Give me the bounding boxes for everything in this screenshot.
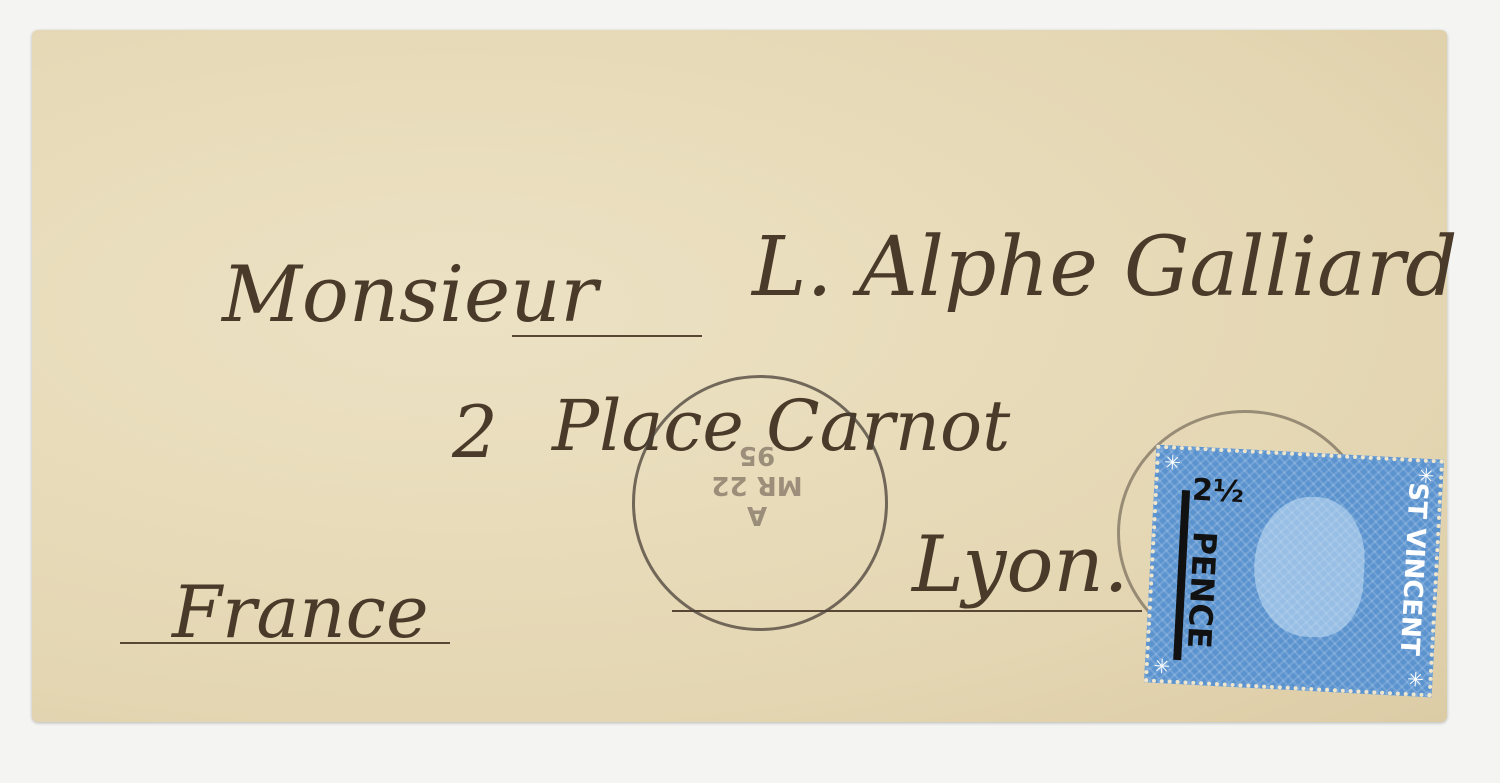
- address-city: Lyon.: [912, 520, 1128, 610]
- address-number: 2: [452, 390, 498, 474]
- postage-stamp: 2½ PENCE ST VINCENT ✳ ✳ ✳ ✳: [1144, 445, 1444, 698]
- country-underline: [120, 642, 450, 644]
- star-ornament-icon: ✳: [1161, 451, 1184, 474]
- address-salutation: Monsieur: [222, 250, 598, 340]
- stamp-value: 2½: [1191, 473, 1245, 511]
- queen-portrait: [1251, 494, 1368, 640]
- star-ornament-icon: ✳: [1404, 668, 1427, 691]
- postmark-text: A MR 22 95: [692, 440, 822, 530]
- salutation-underline: [512, 335, 702, 337]
- stamp-country: ST VINCENT: [1394, 482, 1433, 657]
- star-ornament-icon: ✳: [1150, 655, 1173, 678]
- postmark-year: 95: [692, 440, 822, 470]
- address-name: L. Alphe Galliard: [752, 220, 1458, 315]
- postmark-code: A: [692, 500, 822, 530]
- stamp-surcharge: PENCE: [1180, 530, 1224, 649]
- postmark-date: MR 22: [692, 470, 822, 500]
- star-ornament-icon: ✳: [1415, 464, 1438, 487]
